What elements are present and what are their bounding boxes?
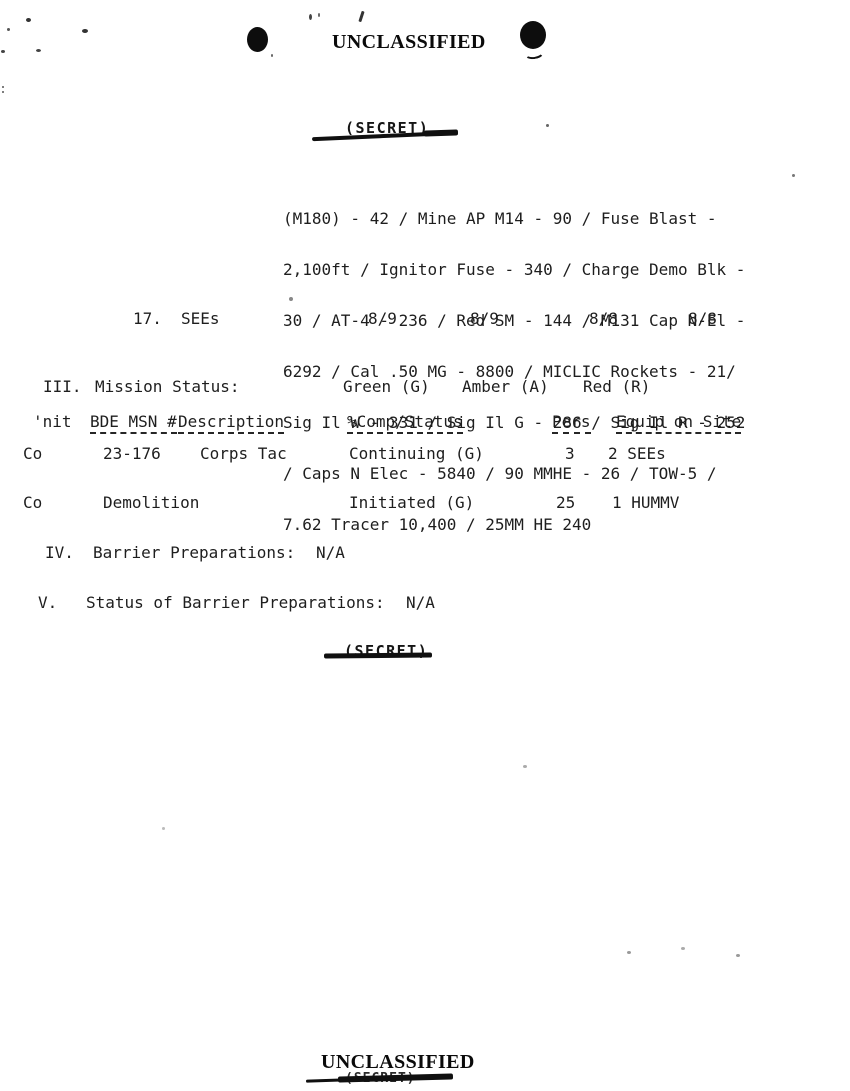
mission-status-title: Mission Status: — [95, 378, 240, 395]
scan-speck — [627, 951, 631, 954]
scan-speck — [318, 13, 320, 17]
ammo-line: 7.62 Tracer 10,400 / 25MM HE 240 — [283, 516, 745, 533]
col-header-description: Description — [178, 413, 284, 434]
scan-speck — [736, 954, 740, 957]
scan-speck — [523, 765, 527, 768]
ink-dot-left-icon — [247, 27, 268, 52]
scanned-document-page: UNCLASSIFIED (SECRET) (M180) - 42 / Mine… — [0, 0, 850, 1091]
scan-speck — [358, 11, 364, 22]
section-number: IV. — [45, 544, 74, 561]
sees-label: SEEs — [181, 310, 220, 327]
scan-speck — [26, 18, 31, 22]
scan-speck — [1, 50, 5, 53]
scan-speck — [546, 124, 549, 127]
ink-dot-right-icon — [520, 21, 546, 49]
ammo-line: 30 / AT-4 - 236 / Red SM - 144 / M131 Ca… — [283, 312, 745, 329]
sees-value: 8/8 — [688, 310, 717, 327]
secret-strike-top-tail — [424, 129, 458, 136]
ink-dot-tail-icon — [523, 46, 544, 61]
section-value: N/A — [406, 594, 435, 611]
scan-speck — [36, 49, 41, 52]
col-header-equip: Equip on Site — [616, 413, 741, 434]
ammo-line: 2,100ft / Ignitor Fuse - 340 / Charge De… — [283, 261, 745, 278]
section-number: III. — [43, 378, 82, 395]
cell-pers: 3 — [565, 445, 575, 462]
col-header-bde-msn: BDE MSN # — [90, 413, 177, 434]
section-value: N/A — [316, 544, 345, 561]
scan-speck — [162, 827, 165, 830]
legend-green: Green (G) — [343, 378, 430, 395]
col-header-unit: 'nit — [33, 413, 72, 430]
cell-equip: 2 SEEs — [608, 445, 666, 462]
cell-pers: 25 — [556, 494, 575, 511]
scan-speck — [7, 28, 10, 31]
scan-speck — [271, 54, 273, 57]
cell-unit: Co — [23, 445, 42, 462]
section-title: Status of Barrier Preparations: — [86, 594, 385, 611]
ammo-line: (M180) - 42 / Mine AP M14 - 90 / Fuse Bl… — [283, 210, 745, 227]
cell-bde-msn: 23-176 — [103, 445, 161, 462]
cell-unit: Co — [23, 494, 42, 511]
cell-equip: 1 HUMMV — [612, 494, 679, 511]
scan-speck — [309, 14, 312, 20]
scan-speck — [2, 91, 4, 93]
sees-value: 8/8 — [589, 310, 618, 327]
scan-speck — [289, 297, 293, 301]
sees-value: 8/9 — [470, 310, 499, 327]
legend-amber: Amber (A) — [462, 378, 549, 395]
cell-description: Demolition — [103, 494, 199, 511]
cell-comp-status: Continuing (G) — [349, 445, 484, 462]
sees-value: 8/9 — [368, 310, 397, 327]
scan-speck — [681, 947, 685, 950]
scan-speck — [792, 174, 795, 177]
scan-speck — [2, 86, 4, 88]
sees-item-number: 17. — [133, 310, 162, 327]
section-number: V. — [38, 594, 57, 611]
cell-comp-status: Initiated (G) — [349, 494, 474, 511]
secret-strike-mid — [324, 653, 432, 659]
ammo-line: / Caps N Elec - 5840 / 90 MMHE - 26 / TO… — [283, 465, 745, 482]
scan-speck — [82, 29, 88, 33]
legend-red: Red (R) — [583, 378, 650, 395]
section-title: Barrier Preparations: — [93, 544, 295, 561]
cell-description: Corps Tac — [200, 445, 287, 462]
classification-header: UNCLASSIFIED — [332, 31, 486, 54]
col-header-pers: Pers — [552, 413, 591, 434]
col-header-comp-status: %Comp/Status — [347, 413, 463, 434]
